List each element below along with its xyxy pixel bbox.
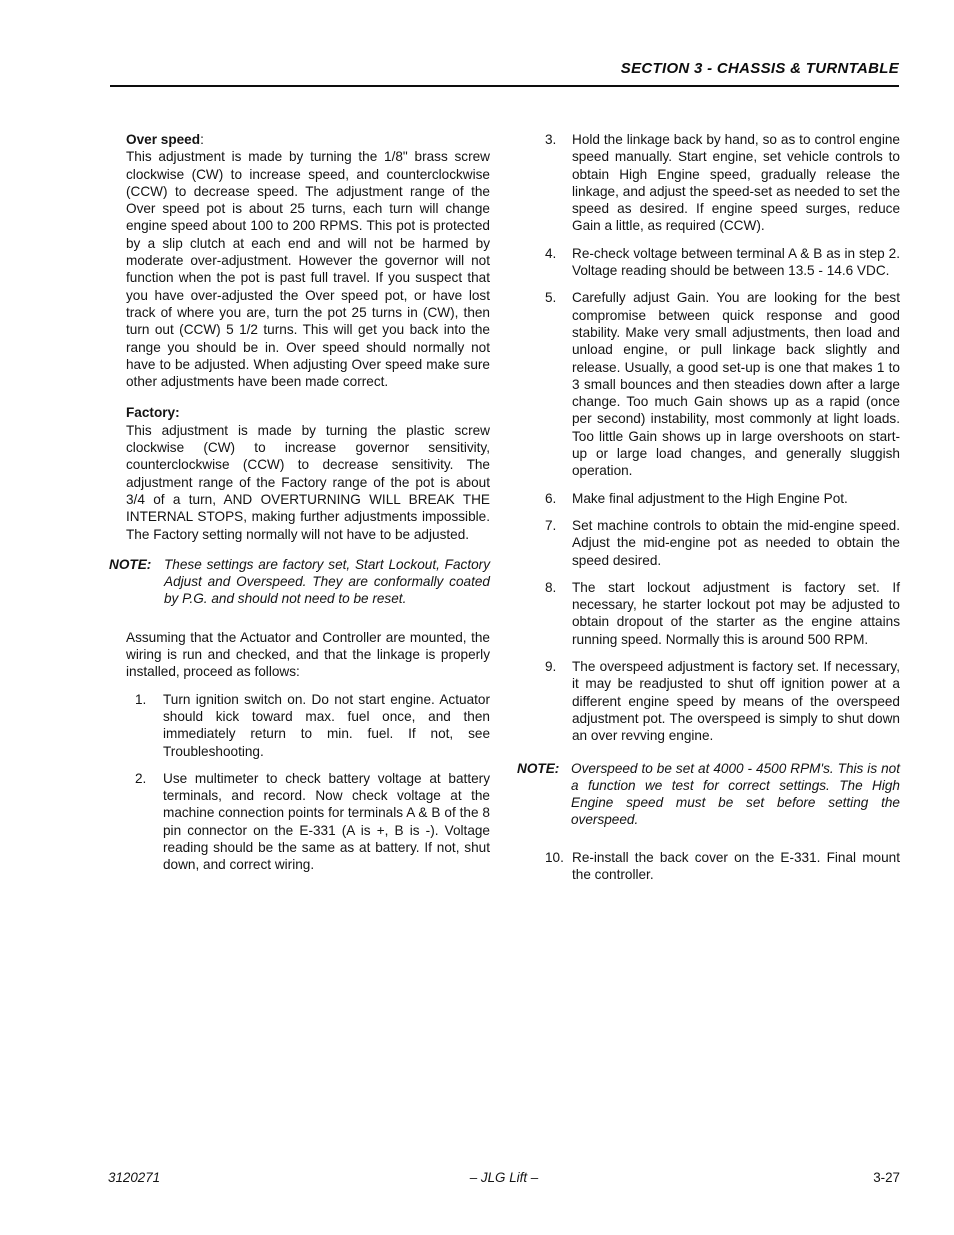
step-text: Re-check voltage between terminal A & B … — [572, 245, 900, 280]
step-number: 7. — [545, 517, 572, 569]
numbered-step-6: 6. Make final adjustment to the High Eng… — [545, 490, 900, 507]
left-note-label: NOTE: — [109, 556, 151, 573]
step-number: 3. — [545, 131, 572, 235]
numbered-step-9: 9. The overspeed adjustment is factory s… — [545, 658, 900, 744]
numbered-step-10: 10. Re-install the back cover on the E-3… — [545, 849, 900, 884]
step-text: Use multimeter to check battery voltage … — [163, 770, 490, 874]
numbered-step-7: 7. Set machine controls to obtain the mi… — [545, 517, 900, 569]
step-text: Make final adjustment to the High Engine… — [572, 490, 900, 507]
step-text: Hold the linkage back by hand, so as to … — [572, 131, 900, 235]
numbered-step-8: 8. The start lockout adjustment is facto… — [545, 579, 900, 648]
left-note: NOTE: These settings are factory set, St… — [109, 556, 490, 608]
step-number: 9. — [545, 658, 572, 744]
right-note-body: Overspeed to be set at 4000 - 4500 RPM's… — [571, 761, 900, 828]
overspeed-heading-colon: : — [200, 132, 204, 147]
right-column: 3. Hold the linkage back by hand, so as … — [517, 131, 900, 883]
left-note-body: These settings are factory set, Start Lo… — [164, 557, 490, 607]
step-number: 6. — [545, 490, 572, 507]
intro-paragraph: Assuming that the Actuator and Controlle… — [126, 629, 490, 681]
factory-heading: Factory: — [126, 404, 490, 421]
right-note: NOTE: Overspeed to be set at 4000 - 4500… — [517, 760, 900, 829]
page-header: SECTION 3 - CHASSIS & TURNTABLE — [110, 60, 899, 87]
header-rule — [110, 85, 899, 87]
overspeed-heading-text: Over speed — [126, 132, 200, 147]
step-number: 4. — [545, 245, 572, 280]
step-number: 8. — [545, 579, 572, 648]
manual-page: SECTION 3 - CHASSIS & TURNTABLE Over spe… — [0, 0, 954, 1235]
page-footer: 3120271 – JLG Lift – 3-27 — [108, 1170, 900, 1188]
step-text: Carefully adjust Gain. You are looking f… — [572, 289, 900, 479]
numbered-step-4: 4. Re-check voltage between terminal A &… — [545, 245, 900, 280]
content-columns: Over speed: This adjustment is made by t… — [109, 131, 900, 883]
overspeed-heading: Over speed: — [126, 131, 490, 148]
right-note-label: NOTE: — [517, 760, 559, 777]
footer-center-label: – JLG Lift – — [108, 1170, 900, 1185]
step-number: 2. — [135, 770, 163, 874]
left-column: Over speed: This adjustment is made by t… — [109, 131, 490, 883]
step-text: The overspeed adjustment is factory set.… — [572, 658, 900, 744]
numbered-step-1: 1. Turn ignition switch on. Do not start… — [135, 691, 490, 760]
step-text: Turn ignition switch on. Do not start en… — [163, 691, 490, 760]
step-number: 10. — [545, 849, 572, 884]
step-text: Re-install the back cover on the E-331. … — [572, 849, 900, 884]
step-number: 1. — [135, 691, 163, 760]
section-title: SECTION 3 - CHASSIS & TURNTABLE — [110, 60, 899, 77]
factory-paragraph: This adjustment is made by turning the p… — [126, 422, 490, 543]
footer-page-number: 3-27 — [873, 1170, 900, 1185]
step-text: Set machine controls to obtain the mid-e… — [572, 517, 900, 569]
numbered-step-3: 3. Hold the linkage back by hand, so as … — [545, 131, 900, 235]
step-number: 5. — [545, 289, 572, 479]
numbered-step-2: 2. Use multimeter to check battery volta… — [135, 770, 490, 874]
overspeed-paragraph: This adjustment is made by turning the 1… — [126, 148, 490, 390]
numbered-step-5: 5. Carefully adjust Gain. You are lookin… — [545, 289, 900, 479]
step-text: The start lockout adjustment is factory … — [572, 579, 900, 648]
footer-part-number: 3120271 — [108, 1170, 160, 1185]
